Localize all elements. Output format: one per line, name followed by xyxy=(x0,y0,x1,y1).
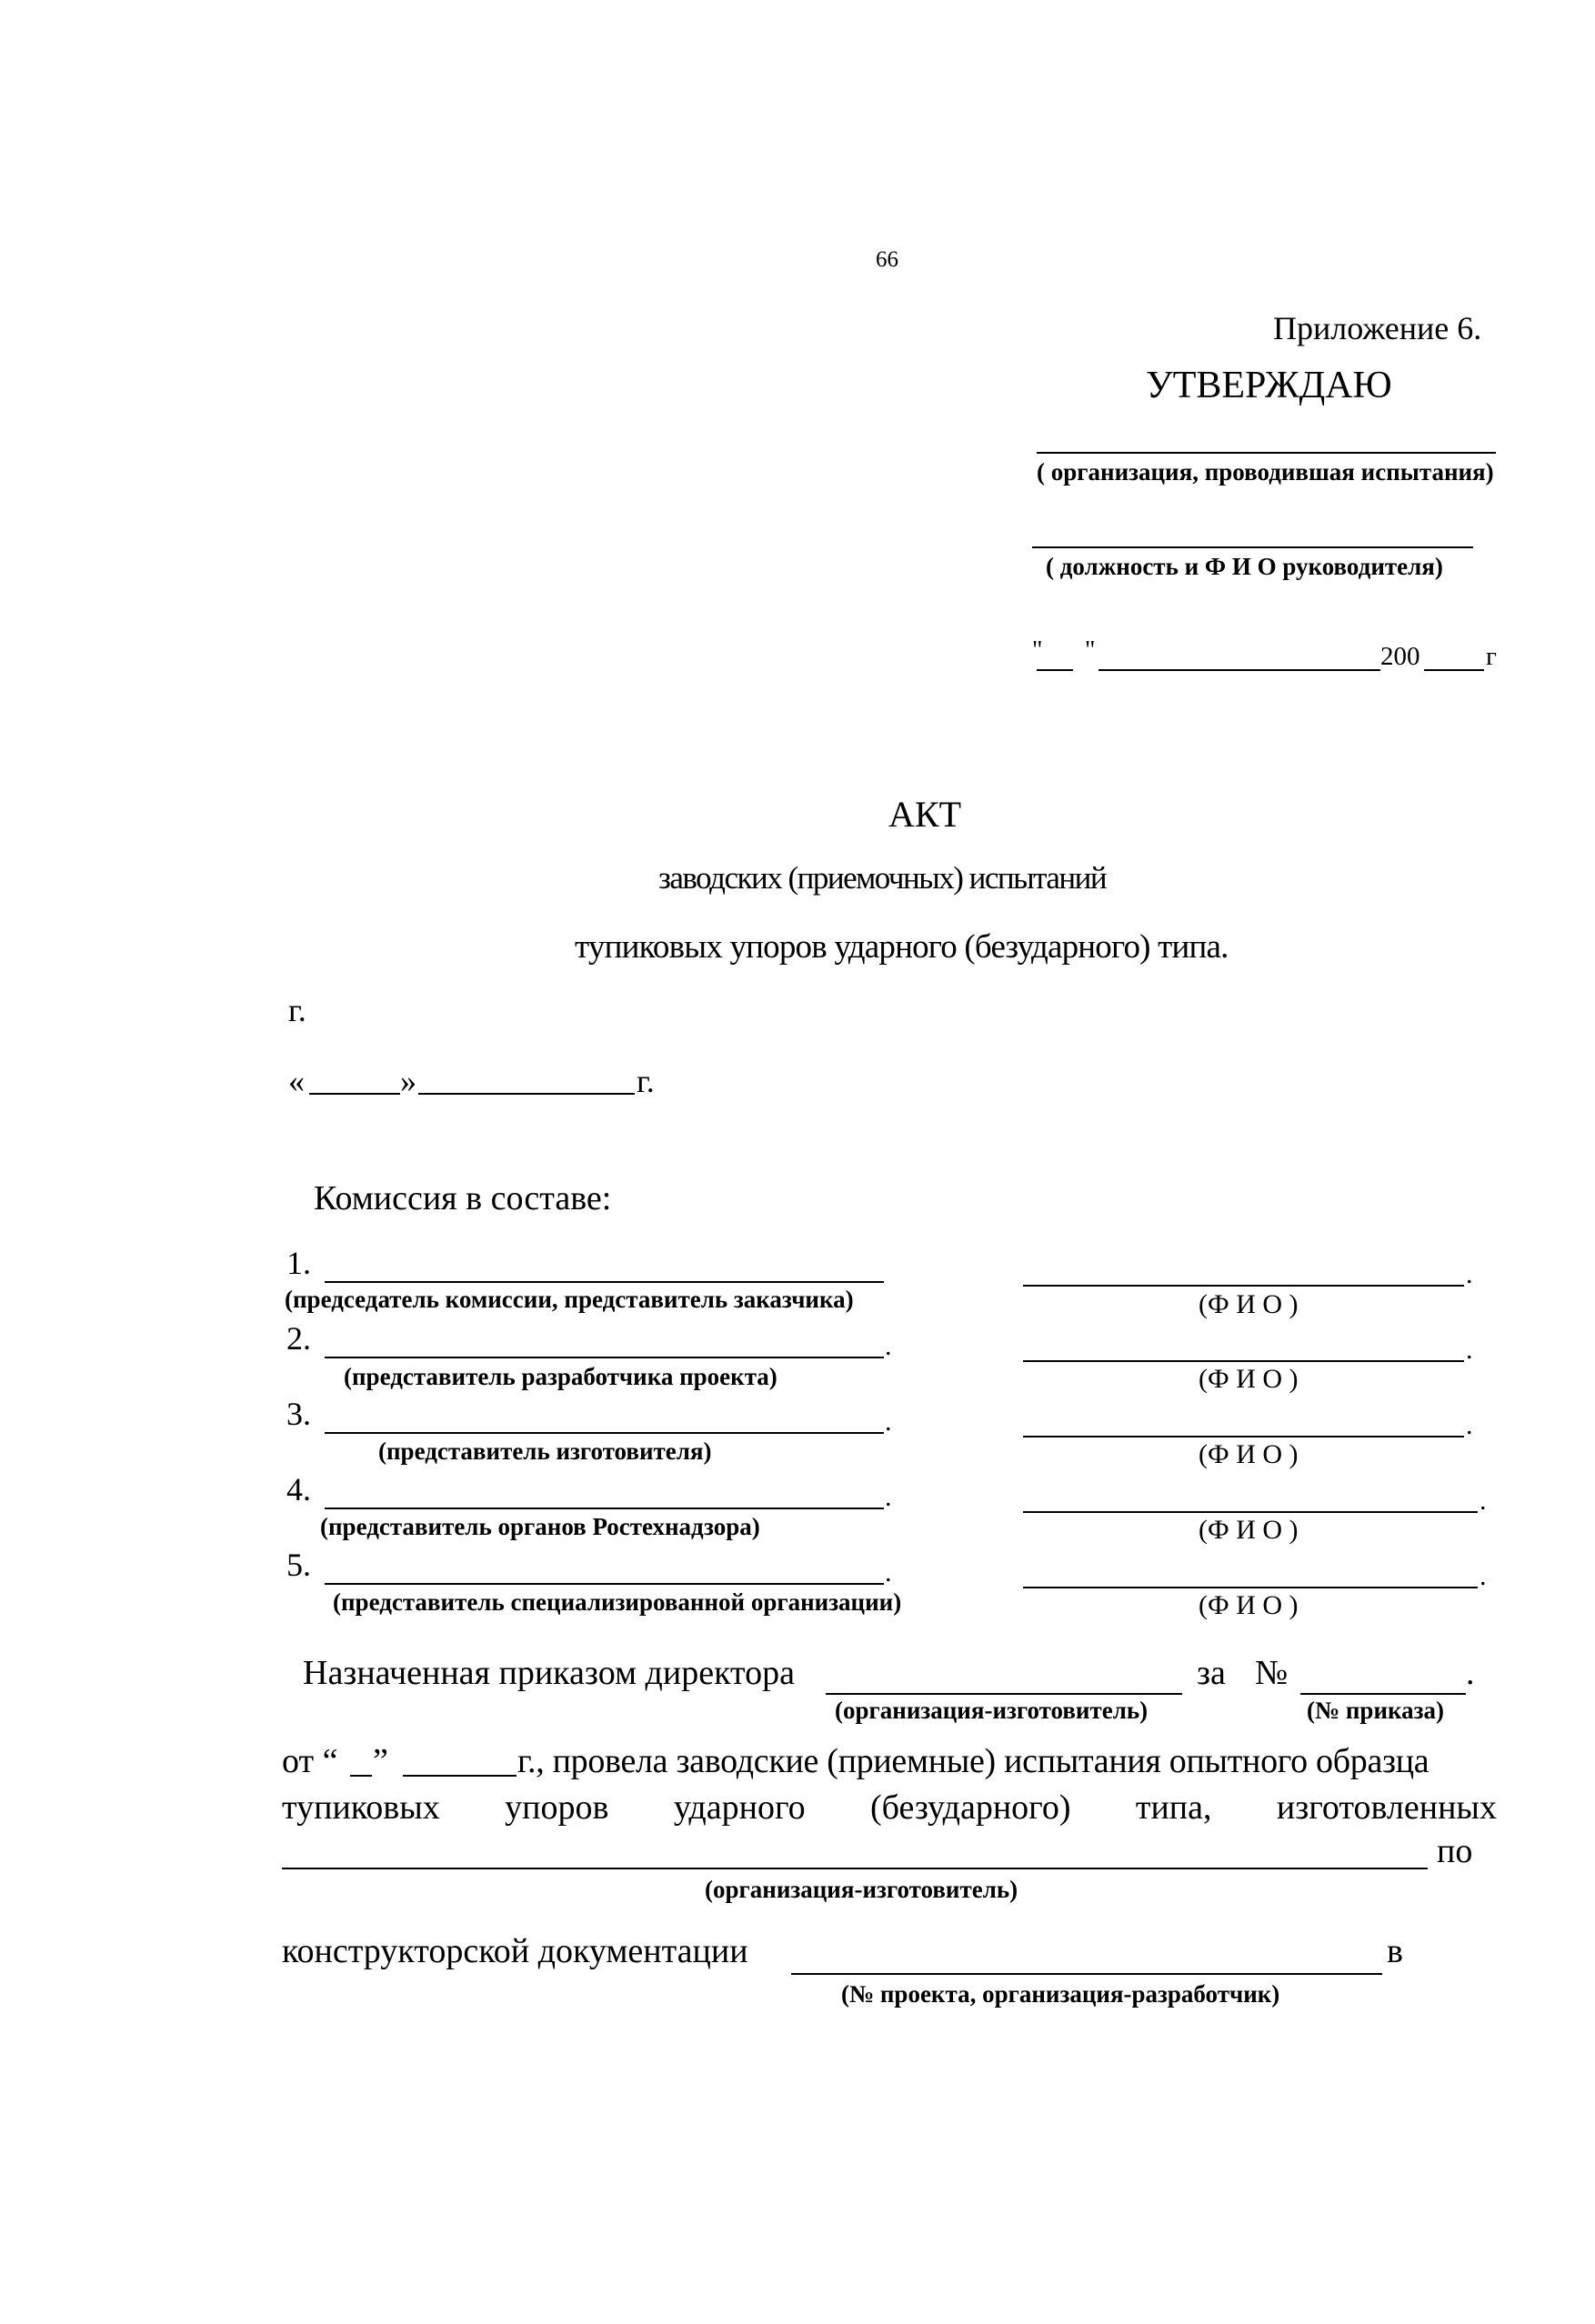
body-sentence: г., провела заводские (приемные) испытан… xyxy=(517,1741,1429,1781)
act-year-label: г. xyxy=(637,1062,655,1100)
member-role-dot: . xyxy=(885,1558,892,1588)
word: ударного xyxy=(674,1788,806,1828)
member-number: 5. xyxy=(286,1546,311,1584)
member-fio-caption: (Ф И О ) xyxy=(1199,1439,1299,1470)
member-role-line[interactable] xyxy=(325,1583,884,1585)
member-fio-line[interactable] xyxy=(1023,1360,1464,1362)
member-fio-dot: . xyxy=(1466,1410,1473,1441)
appointment-dot: . xyxy=(1466,1653,1475,1693)
member-role-dot: . xyxy=(885,1331,892,1362)
body-ot: от “ xyxy=(282,1741,337,1781)
member-fio-dot: . xyxy=(1480,1486,1487,1517)
year-prefix: 200 xyxy=(1380,642,1420,672)
member-fio-line[interactable] xyxy=(1023,1587,1478,1588)
appointment-za: за xyxy=(1197,1653,1226,1693)
head-signature-line[interactable] xyxy=(1032,546,1473,548)
act-day-line[interactable] xyxy=(309,1093,400,1095)
member-fio-caption: (Ф И О ) xyxy=(1199,1289,1299,1320)
member-role-dot: . xyxy=(885,1407,892,1437)
member-fio-dot: . xyxy=(1466,1335,1473,1366)
member-role-caption: (представитель разработчика проекта) xyxy=(344,1363,777,1391)
member-number: 1. xyxy=(286,1244,311,1282)
appointment-order-line[interactable] xyxy=(1300,1693,1466,1695)
word: типа, xyxy=(1136,1788,1212,1828)
body-po: по xyxy=(1437,1831,1472,1871)
project-line[interactable] xyxy=(791,1973,1382,1975)
word: изготовленных xyxy=(1277,1788,1497,1828)
project-caption: (№ проекта, организация-разработчик) xyxy=(841,1980,1279,2008)
word: (безударного) xyxy=(870,1788,1070,1828)
member-fio-caption: (Ф И О ) xyxy=(1199,1590,1299,1621)
body-day-line[interactable] xyxy=(350,1775,372,1777)
manufacturer-line[interactable] xyxy=(282,1868,1428,1869)
head-caption: ( должность и Ф И О руководителя) xyxy=(1046,553,1443,581)
member-role-line[interactable] xyxy=(325,1357,884,1358)
member-role-dot: . xyxy=(885,1482,892,1513)
year-suffix: г xyxy=(1486,642,1497,672)
org-signature-line[interactable] xyxy=(1037,452,1496,454)
member-role-line[interactable] xyxy=(325,1432,884,1434)
body-month-line[interactable] xyxy=(403,1775,517,1777)
commission-heading: Комиссия в составе: xyxy=(314,1178,611,1218)
org-caption: ( организация, проводившая испытания) xyxy=(1037,458,1494,486)
appointment-org-caption: (организация-изготовитель) xyxy=(835,1697,1148,1725)
member-fio-dot: . xyxy=(1480,1561,1487,1592)
approval-day-line[interactable] xyxy=(1037,669,1073,671)
member-number: 2. xyxy=(286,1319,311,1357)
approve-heading: УТВЕРЖДАЮ xyxy=(1146,364,1392,407)
member-fio-caption: (Ф И О ) xyxy=(1199,1515,1299,1546)
act-subtitle-1: заводских (приемочных) испытаний xyxy=(658,860,1106,897)
member-role-line[interactable] xyxy=(325,1508,884,1509)
approval-date-row: " xyxy=(1032,636,1042,666)
member-role-line[interactable] xyxy=(325,1281,884,1283)
appointment-org-line[interactable] xyxy=(826,1693,1182,1695)
member-role-caption: (представитель специализированной органи… xyxy=(333,1588,901,1617)
member-number: 3. xyxy=(286,1395,311,1433)
city-label: г. xyxy=(288,991,306,1029)
member-role-caption: (представитель изготовителя) xyxy=(378,1437,712,1466)
date-close-quote: " xyxy=(1085,636,1095,666)
member-number: 4. xyxy=(286,1470,311,1508)
body-line-2: тупиковых упоров ударного (безударного) … xyxy=(282,1788,1497,1828)
member-role-caption: (представитель органов Ростехнадзора) xyxy=(320,1513,760,1541)
docs-text: конструкторской документации xyxy=(282,1931,748,1971)
body-quote-close: ” xyxy=(373,1741,388,1781)
word: упоров xyxy=(505,1788,608,1828)
member-fio-line[interactable] xyxy=(1023,1285,1464,1287)
member-fio-line[interactable] xyxy=(1023,1511,1478,1513)
appointment-order-caption: (№ приказа) xyxy=(1307,1697,1444,1725)
act-title: АКТ xyxy=(888,793,961,836)
appendix-label: Приложение 6. xyxy=(1273,309,1481,347)
date-open-guillemet: « xyxy=(288,1062,305,1100)
body-v: в xyxy=(1387,1931,1403,1971)
approval-month-line[interactable] xyxy=(1098,669,1380,671)
act-subtitle-2: тупиковых упоров ударного (безударного) … xyxy=(575,927,1229,967)
approval-year-line[interactable] xyxy=(1424,669,1484,671)
manufacturer-caption: (организация-изготовитель) xyxy=(705,1876,1018,1904)
member-fio-caption: (Ф И О ) xyxy=(1199,1364,1299,1395)
appointment-num-sign: № xyxy=(1255,1653,1288,1693)
date-open-quote: " xyxy=(1032,636,1042,665)
word: тупиковых xyxy=(282,1788,440,1828)
date-close-guillemet: » xyxy=(400,1062,416,1100)
act-month-line[interactable] xyxy=(418,1093,635,1095)
member-fio-line[interactable] xyxy=(1023,1436,1464,1437)
member-fio-dot: . xyxy=(1466,1259,1473,1290)
member-role-caption: (председатель комиссии, представитель за… xyxy=(285,1286,854,1314)
page-number: 66 xyxy=(876,247,898,273)
appointment-text: Назначенная приказом директора xyxy=(303,1653,795,1693)
